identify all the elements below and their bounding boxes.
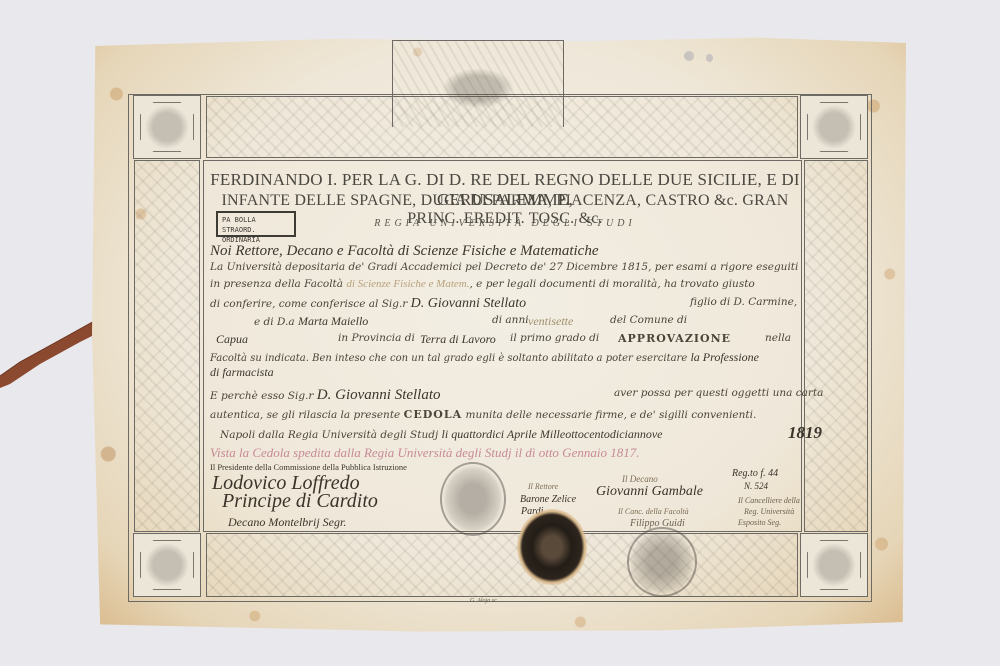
father-name: figlio di D. Carmine, [690,297,797,308]
registry-number: N. 524 [744,481,768,491]
corner-medallion-figure-icon [133,533,201,597]
registry-folio: Reg.to f. 44 [732,468,778,479]
registry-esposito: Esposito Seg. [738,518,781,527]
body-line-6d: il primo grado di [510,333,599,344]
president-label: Il Presidente della Commissione della Pu… [210,462,407,472]
registry-cancelliere: Il Cancelliere della [738,496,800,505]
cancelliere-label: Il Canc. della Facoltà [618,507,689,516]
body-line-2: La Università depositaria de' Gradi Acca… [210,262,798,273]
town-name: Capua [216,332,248,346]
body-line-9a: E perchè esso Sig.r [210,390,313,402]
decano-signature: Giovanni Gambale [596,484,703,500]
issue-date: li quattordici Aprile Milleottocentodici… [442,427,663,441]
profession-handwritten: la Professione [690,350,759,364]
engraver-mark: G. Aloja sc. [470,598,498,604]
body-line-10c: munita delle necessarie firme, e de' sig… [465,409,756,421]
ink-seal-stamp [517,509,587,585]
right-ornament-band [804,160,868,532]
body-line-5c: di anni [492,315,529,326]
rettore-signature-1: Barone Zelice [520,494,576,505]
body-line-1: Noi Rettore, Decano e Facoltà di Scienze… [210,244,798,259]
registry-university: Reg. Università [744,507,794,516]
rettore-label: Il Rettore [528,482,558,491]
body-line-6f: nella [765,333,791,344]
punch-hole [706,54,713,62]
cedola-word: CEDOLA [404,408,463,421]
body-line-11a: Napoli dalla Regia Università degli Stud… [220,429,438,441]
left-ornament-band [134,160,200,532]
body-line-7a: Facoltà su indicata. Ben inteso che con … [210,353,687,364]
tax-stamp-line-1: PA BOLLA STRAORD. [222,215,290,235]
body-line-3a: in presenza della Facoltà [210,278,343,290]
secretary-signature: Decano Montelbrij Segr. [228,515,346,530]
bottom-ornament-band [206,533,798,597]
punch-hole [684,51,694,61]
red-annotation: Vista la Cedola spedita dalla Regia Univ… [210,446,798,459]
body-line-5a: e di D.a [254,316,295,328]
faculty-handwritten: di Scienze Fisiche e Matem. [346,278,469,290]
province-name: Terra di Lavoro [420,333,496,345]
faint-seal-stamp [440,462,506,536]
body-line-10a: autentica, se gli rilascia la presente [210,409,400,421]
faint-seal-stamp-2 [627,527,697,597]
body-line-6b: in Provincia di [338,333,415,344]
tax-stamp: PA BOLLA STRAORD. ORDINARIA [216,211,296,237]
recipient-name-repeat: D. Giovanni Stellato [317,387,441,403]
body-line-3c: , e per legali documenti di moralità, ha… [469,278,754,290]
approval-grade: APPROVAZIONE [618,333,731,344]
recipient-name: D. Giovanni Stellato [411,296,527,311]
corner-medallion-bust-icon [800,95,868,159]
corner-medallion-book-icon [800,533,868,597]
age-handwritten: ventisette [528,315,573,327]
body-line-5e: del Comune di [610,315,687,326]
issue-year: 1819 [788,424,822,441]
body-line-9c: aver possa per questi oggetti una carta [614,388,823,399]
mother-name: Marta Maiello [298,314,368,328]
royal-crest-ornament [392,40,564,127]
president-signature-2: Principe di Cardito [222,490,378,513]
decano-label: Il Decano [622,474,658,484]
body-line-4a: di conferire, come conferisce al Sig.r [210,298,407,310]
profession-name: di farmacista [210,366,798,378]
corner-medallion-scales-icon [133,95,201,159]
